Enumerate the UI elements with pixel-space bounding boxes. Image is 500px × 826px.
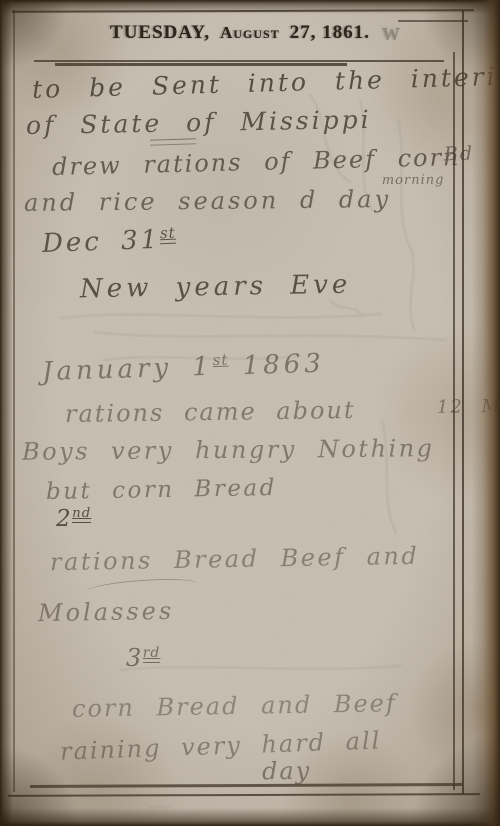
line-text: January 1: [42, 352, 214, 387]
frame-rule-bottom-inner: [30, 783, 462, 787]
frame-rule-bottom-outer: [8, 793, 480, 797]
diary-line-12: rations Bread Beef and: [50, 542, 420, 576]
diary-line-14: 3rd: [126, 644, 160, 672]
header-weekday: TUESDAY,: [110, 22, 210, 43]
line-margin-note: 12 M: [437, 396, 500, 418]
bleedthrough-letter: W: [382, 24, 400, 45]
line-superscript: st: [160, 224, 177, 245]
diary-line-13: Molasses: [38, 597, 175, 627]
line-text-continued: 1863: [242, 348, 325, 381]
diary-line-5: Dec 31st: [42, 224, 177, 259]
frame-rule-left: [13, 10, 15, 792]
diary-line-17: day: [262, 757, 312, 786]
diary-line-11: 2nd: [56, 506, 91, 532]
pen-flourish-mark: [86, 576, 199, 599]
line-text: rations came about: [65, 396, 356, 428]
line-text: to be Sent into the interior: [32, 61, 500, 104]
line-text: 3: [126, 644, 143, 672]
line-text: but corn Bread: [46, 475, 277, 505]
printed-date-header: TUESDAY, August 27, 1861. W: [0, 22, 480, 44]
diary-line-7: January 1st1863: [42, 348, 326, 388]
line-text: corn Bread and Beef: [72, 689, 397, 723]
diary-line-9: Boys very hungry Nothing: [22, 434, 435, 466]
diary-line-2: of State of Missippi: [26, 105, 372, 140]
diary-line-16: raining very hard all: [60, 726, 382, 765]
line-text: Boys very hungry Nothing: [22, 434, 435, 466]
header-day-year: 27, 1861.: [290, 22, 370, 43]
frame-rule-top: [12, 9, 474, 13]
diary-line-8: rations came about12 M: [65, 396, 356, 428]
diary-page: TUESDAY, August 27, 1861. W to be Sent i…: [0, 0, 500, 826]
line-text: day: [262, 757, 312, 786]
line-text: Dec 31: [42, 225, 161, 259]
line-superscript: st: [212, 351, 228, 369]
line-text: raining very hard all: [60, 726, 382, 765]
line-superscript: rd: [143, 645, 161, 663]
line-text: 2: [56, 506, 72, 532]
line-text: and rice season d day: [24, 185, 391, 217]
diary-line-10: but corn Bread: [46, 475, 277, 505]
header-month: August: [220, 23, 280, 42]
header-separator-thick: [55, 63, 347, 66]
diary-line-15: corn Bread and Beef: [72, 689, 397, 723]
line-superscript: nd: [72, 506, 91, 523]
line-text: of State of Missippi: [26, 105, 372, 140]
line-text: New years Eve: [80, 270, 352, 305]
line-text: rations Bread Beef and: [50, 542, 420, 576]
abbreviation-underline-mark: [150, 138, 196, 146]
header-separator-thin: [34, 60, 444, 62]
line-text: Molasses: [38, 597, 175, 627]
line-margin-note: Bd: [444, 143, 475, 166]
diary-line-4: and rice season d daymorning: [24, 185, 391, 217]
line-superscript: morning: [382, 173, 445, 189]
diary-line-6: New years Eve: [80, 270, 352, 305]
diary-line-1: to be Sent into the interior: [32, 61, 500, 104]
